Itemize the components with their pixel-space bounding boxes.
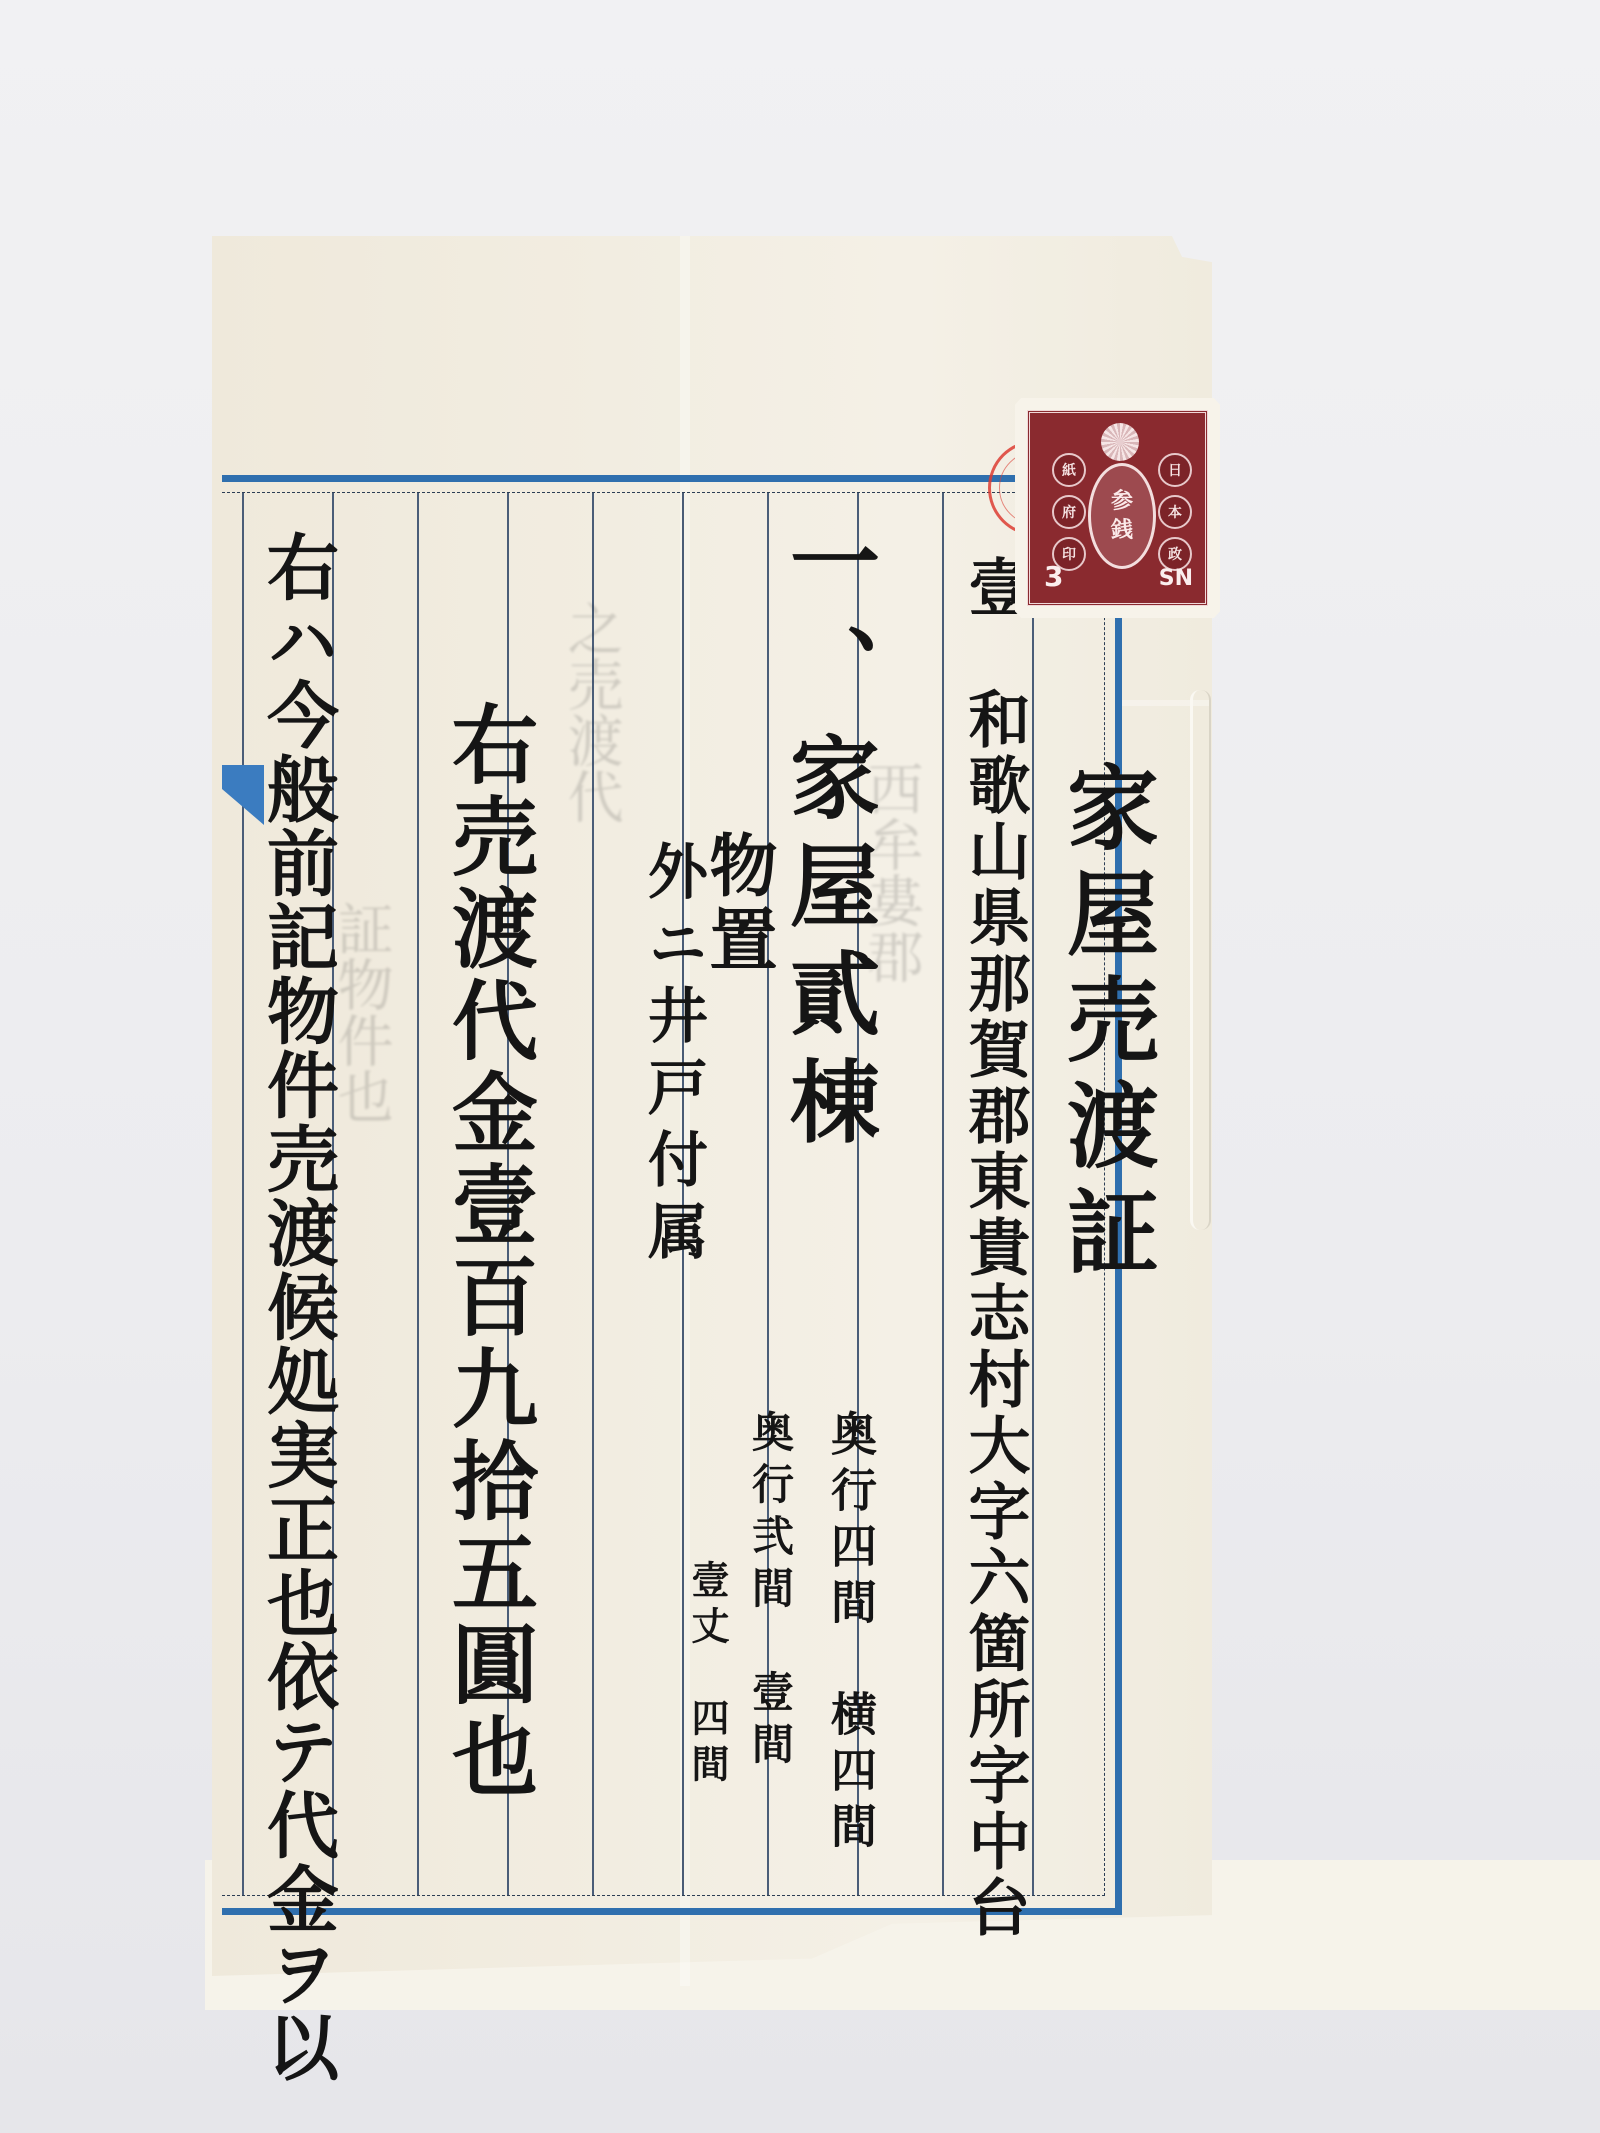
stamp-border-char: 本: [1158, 495, 1192, 529]
title-column: 家屋売渡証: [1040, 760, 1172, 1290]
stamp-value-bottom: 銭: [1111, 516, 1133, 545]
revenue-stamp-face: 紙 日 本 政 印 府 参 銭 3 SN: [1027, 410, 1208, 606]
stamp-unit-mark: SN: [1159, 566, 1193, 591]
chrysanthemum-icon: [1101, 423, 1139, 461]
stamp-border-char: 日: [1158, 453, 1192, 487]
address-column: 壹 和歌山県那賀郡東貴志村大字六箇所字中台: [950, 555, 1039, 1941]
price-column: 右売渡代金壹百九拾五圓也: [425, 700, 549, 1804]
stamp-value-top: 参: [1111, 487, 1133, 516]
closing-column: 右ハ今般前記物件売渡候処実正也依テ代金ヲ以: [245, 530, 349, 2084]
stamp-center-oval: 参 銭: [1088, 463, 1156, 569]
binding-string: [1190, 690, 1211, 1230]
dimensions-column-1: 奥行四間 横四間: [818, 1410, 884, 1858]
dimensions-column-2-ext: 壹丈 四間: [680, 1560, 735, 1790]
stamp-numeral: 3: [1044, 560, 1063, 593]
well-annotation-column: 外ニ井戸付属: [630, 840, 716, 1272]
dimensions-column-2: 奥行弐間 壹間: [740, 1410, 800, 1774]
column-rule: [417, 493, 419, 1895]
stamp-border-char: 府: [1052, 495, 1086, 529]
bleed-through-text: 之売渡代: [560, 600, 622, 824]
stamp-border-char: 紙: [1052, 453, 1086, 487]
column-rule: [942, 493, 944, 1895]
column-rule: [242, 493, 244, 1895]
revenue-stamp: 紙 日 本 政 印 府 参 銭 3 SN: [1015, 398, 1220, 618]
